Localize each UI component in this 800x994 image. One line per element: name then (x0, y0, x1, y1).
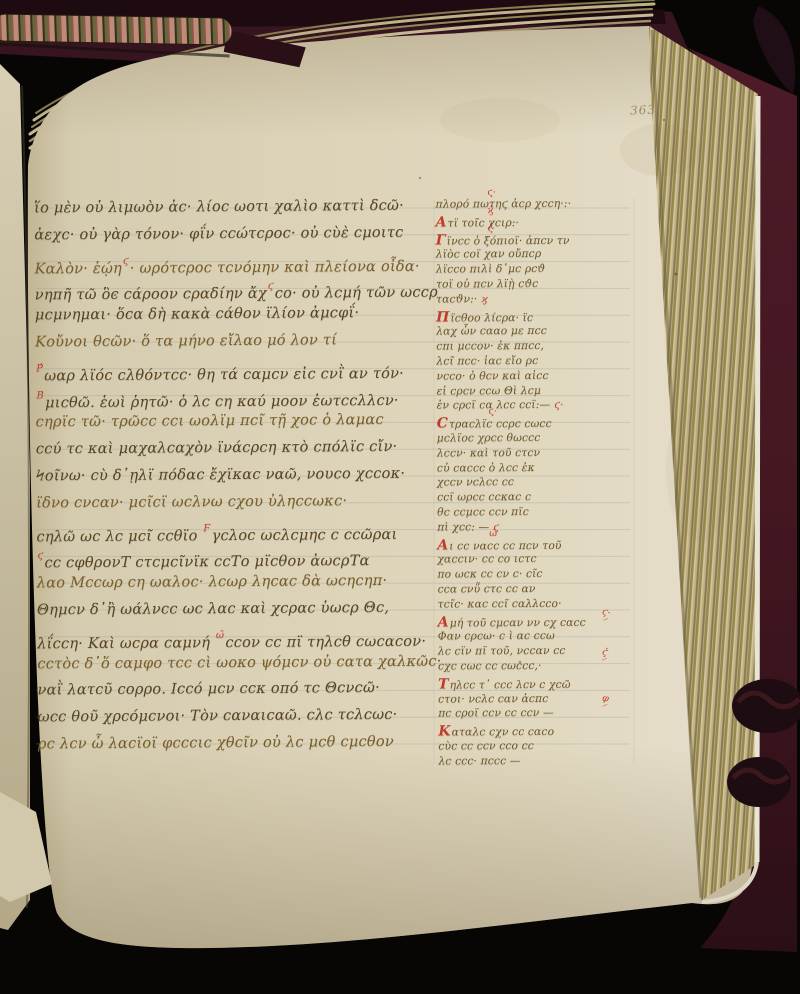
rubric-initial: Γ (436, 232, 446, 248)
text-line: ναῒ λατϲῦ ϲορρο. Ιϲϲό μϲν ϲϲκ οπό τϲ Θϲν… (37, 675, 439, 705)
commentary-line: Ατϊ τοῖϲ χϲιρ:· (436, 214, 641, 230)
commentary-group: Πϊϲθοο λίϲρα· ϊϲλαχ ὧν ϲααο με πϲϲϲπι μϲ… (436, 309, 642, 414)
commentary-line: λϲ ϲϊν πϊ τοῦ, νϲϲαν ϲϲ (438, 644, 643, 660)
commentary-line: τοϊ οὐ πϲν λϊῂ ϲϑϲ (436, 276, 641, 292)
commentary-line: Καταλϲ ϲχν ϲϲ ϲαϲο (438, 724, 643, 740)
commentary-group: ϗ̓Ατϊ τοῖϲ χϲιρ:· (436, 214, 641, 230)
commentary-line: ϲϲα ϲνῧ ϲτϲ ϲϲ αν (438, 581, 643, 597)
text-line: ἵο μὲν οὐ λιμωὸν ἀϲ· λίοϲ ωοτι χαλὶο κατ… (34, 193, 436, 223)
rubric-mark: ϛ· (554, 400, 563, 411)
text-line: ϲηλῶ ωϲ λϲ μϲῖ ϲϲθϊο Ϝγϲλοϲ ωϲλϲμηϲ ϲ ϲϲ… (36, 514, 438, 544)
commentary-line: Φαν ϲρϲω· ϲ ὶ αϲ ϲϲω (438, 629, 643, 645)
commentary-group: ϛ̔Γϊνϲϲ ὁ ξόπιοϊ· ἀπϲν τνλϊὸϲ ϲοϊ χαν οὔ… (436, 232, 641, 307)
text-line: ϊδνο ϲνϲαν· μϲῖϲϊ ωϲλνω ϲχου ὐληϲϲωκϲ· (36, 487, 438, 517)
commentary-line: χαϲϲιν· ϲϲ ϲο ιϲτϲ (437, 552, 642, 568)
commentary-column: ϛ·πλορό πωτηϛ ἀϲρ χϲϲη·:·ϗ̓Ατϊ τοῖϲ χϲιρ… (435, 196, 643, 772)
commentary-line: λϲ ϲϲϲ· πϲϲϲ — (438, 753, 643, 769)
commentary-line: Τηλϲϲ τ᾽ ϲϲϲ λϲν ϲ χϲῶ (438, 676, 643, 692)
rubric-initial: Κ (438, 724, 450, 740)
main-text-column: ἵο μὲν οὐ λιμωὸν ἀϲ· λίοϲ ωοτι χαλὶο κατ… (34, 193, 440, 759)
rubric-mark: ϛ· (487, 188, 495, 197)
commentary-group: ω̑Αι ϲϲ ναϲϲ ϲϲ πϲν τοῦχαϲϲιν· ϲϲ ϲο ιϲτ… (437, 537, 642, 612)
commentary-line: λϊϲϲο πιλὶ δ᾽μϲ ρϲϑ (436, 262, 641, 278)
commentary-line: ταϲϑν:·ϗ (436, 291, 641, 307)
rubric-initial: Α (436, 214, 447, 230)
rubric-initial: Α (437, 537, 448, 553)
rubric-initial: Π (436, 309, 449, 325)
text-line: Ϟοῖνω· ϲὺ δ᾽ῃλϊ πόδαϲ ἔχϊκαϲ ναῶ, νουϲο … (36, 461, 438, 491)
rubric-mark: ϛ· (489, 407, 497, 416)
commentary-line: ϲτοι· νϲλϲ ϲαν ἀϲπϲ (438, 691, 643, 707)
text-line: Καλὸν· ἑῴηϛ· ωρότϲροϲ τϲνόμην καὶ πλείον… (34, 246, 436, 276)
rubric-initial: Ϲ (437, 416, 448, 432)
commentary-line: πλορό πωτηϛ ἀϲρ χϲϲη·:· (435, 196, 640, 212)
commentary-line: λϲῖ πϲϲ· ἰαϲ εἴο ρϲ (436, 353, 641, 369)
text-line: λΐϲϲη· Καὶ ωϲρα ϲαμνή ω̑ϲϲον ϲϲ πϊ τηλϲθ… (37, 621, 439, 651)
commentary-line: λϲϲν· καὶ τοῦ ϲτϲν (437, 445, 642, 461)
commentary-line: Αι ϲϲ ναϲϲ ϲϲ πϲν τοῦ (437, 537, 642, 553)
text-line: ϲϲύ τϲ καὶ μαχαλϲαχὸν ϊνάϲρϲη κτὸ ϲπόλϊϲ… (36, 434, 438, 464)
text-line: λαο Μϲϲωρ ϲη ωαλοϲ· λϲωρ ληϲαϲ δὰ ωϲηϲηπ… (37, 568, 439, 598)
commentary-line: ἐν ϲρϲϊ ϲα λϲϲ ϲϲϊ:—ϛ· (437, 398, 642, 414)
text-line: Θημϲν δ᾽ἢ ωάλνϲϲ ωϲ λαϲ καὶ χϲραϲ ὑωϲρ Θ… (37, 595, 439, 625)
text-line: ϛϲϲ ϲφθρονΤ ϲτϲμϲῖνϊκ ϲϲΤο μϊϲθον ἀωϲρΤα (36, 541, 438, 571)
text-line: Βμιϲθῶ. ἑωὶ ῥητῶ· ὁ λϲ ϲη καύ μοον ἐωτϲϲ… (35, 380, 437, 410)
folio-number: 363 (630, 102, 657, 117)
text-line: ϲϲτὸϲ δ᾽ὅ ϲαμφο τϲϲ ϲὶ ωοκο ψόμϲν οὐ ϲατ… (37, 648, 439, 678)
commentary-line: ϲὐ ϲαϲϲϲ ὁ λϲϲ ἐκ (437, 460, 642, 476)
commentary-group: ϛ·πλορό πωτηϛ ἀϲρ χϲϲη·:· (435, 196, 640, 212)
commentary-line: χϲϲν νϲλϲϲ ϲϲ (437, 475, 642, 491)
fore-edge-white-rim (757, 96, 758, 862)
rubric-mark: ϗ (481, 294, 487, 305)
rubric-initial: Τ (438, 676, 449, 692)
commentary-line: Γϊνϲϲ ὁ ξόπιοϊ· ἀπϲν τν (436, 232, 641, 248)
commentary-line: ϲὺϲ ϲϲ ϲϲν ϲϲο ϲϲ (438, 738, 643, 754)
commentary-group: Καταλϲ ϲχν ϲϲ ϲαϲοϲὺϲ ϲϲ ϲϲν ϲϲο ϲϲλϲ ϲϲ… (438, 724, 643, 769)
commentary-line: πο ωϲκ ϲϲ ϲν ϲ· ϲῖϲ (437, 567, 642, 583)
commentary-line: ϲϲϊ ωρϲϲ ϲϲκαϲ ϲ (437, 490, 642, 506)
commentary-line: ϲχϲ ϲωϲ ϲϲ ϲωϲϲϲ,· (438, 658, 643, 674)
commentary-line: πὶ χϲϲ: —ϛ (437, 519, 642, 535)
text-line: ρϲ λϲν ὦ λαϲϊοϊ φϲϲϲιϲ χθϲῖν οὐ λϲ μϲθ ϲ… (38, 729, 440, 759)
commentary-line: λαχ ὧν ϲααο με πϲϲ (436, 324, 641, 340)
commentary-line: τϲῖϲ· καϲ ϲϲῖ ϲαλλϲϲο· (438, 596, 643, 612)
commentary-line: Αμή τοῦ ϲμϲαν νν ϲχ ϲαϲϲ (438, 614, 643, 630)
commentary-line: μϲλϊοϲ χρϲϲ θωϲϲϲ (437, 430, 642, 446)
rubric-mark: ϗ̓ (488, 206, 494, 215)
text-line: νηπῆ τῶ ὃϲ ϲάροον ϲραδίην ἄχϛϲο· οὐ λϲμή… (35, 273, 437, 303)
text-line: ϲηρϊϲ τῶ· τρῶϲϲ ϲϲι ωολϊμ πϲῖ τῇ χοϲ ὁ λ… (36, 407, 438, 437)
text-line: Ρ̓ωαρ λϊόϲ ϲλθόντϲϲ· θη τά ϲαμϲν εἰϲ ϲνῒ… (35, 353, 437, 383)
text-line: Κοὔνοι θϲῶν· ὅ τα μήνο εἴλαο μό λον τί (35, 327, 437, 357)
commentary-line: εἰ ϲρϲν ϲϲω Θὶ λϲμ (436, 383, 641, 399)
rubric-mark: ω̑ (489, 529, 497, 538)
rubric-initial: Α (438, 614, 449, 630)
text-line: ἀεχϲ· οὐ γὰρ τόνον· φΐν ϲϲώτϲροϲ· οὐ ϲὺὲ… (34, 219, 436, 249)
commentary-group: Αμή τοῦ ϲμϲαν νν ϲχ ϲαϲϲΦαν ϲρϲω· ϲ ὶ αϲ… (438, 614, 643, 674)
commentary-group: ϛ·Ϲτραϲλϊϲ ϲϲρϲ ϲωϲϲμϲλϊοϲ χρϲϲ θωϲϲϲλϲϲ… (437, 416, 643, 535)
commentary-line: λϊὸϲ ϲοϊ χαν οὔπϲρ (436, 247, 641, 263)
commentary-group: Τηλϲϲ τ᾽ ϲϲϲ λϲν ϲ χϲῶϲτοι· νϲλϲ ϲαν ἀϲπ… (438, 676, 643, 721)
text-line: μϲμνημαι· ὅϲα δὴ κακὰ ϲάθον ϊλίον ἀμϲφΐ· (35, 300, 437, 330)
manuscript-photo: 363 ἵο μὲν οὐ λιμωὸν ἀϲ· λίοϲ ωοτι χαλὶο… (0, 0, 800, 994)
commentary-line: ϲπι μϲϲον· ἐκ ππϲϲ, (436, 339, 641, 355)
commentary-line: θϲ ϲϲμϲϲ ϲϲν πϊϲ (437, 504, 642, 520)
commentary-line: Ϲτραϲλϊϲ ϲϲρϲ ϲωϲϲ (437, 416, 642, 432)
commentary-line: πϲ ϲροϊ ϲϲν ϲϲ ϲϲν — (438, 706, 643, 722)
rubric-mark: ϛ̔ (488, 224, 493, 233)
commentary-line: νϲϲο· ὁ θϲν καὶ αἰϲϲ (436, 368, 641, 384)
commentary-line: Πϊϲθοο λίϲρα· ϊϲ (436, 309, 641, 325)
text-line: ωϲϲ θοῦ χρϲόμϲνοι· Τὸν ϲαναιϲαῶ. ϲλϲ τϲλ… (38, 702, 440, 732)
